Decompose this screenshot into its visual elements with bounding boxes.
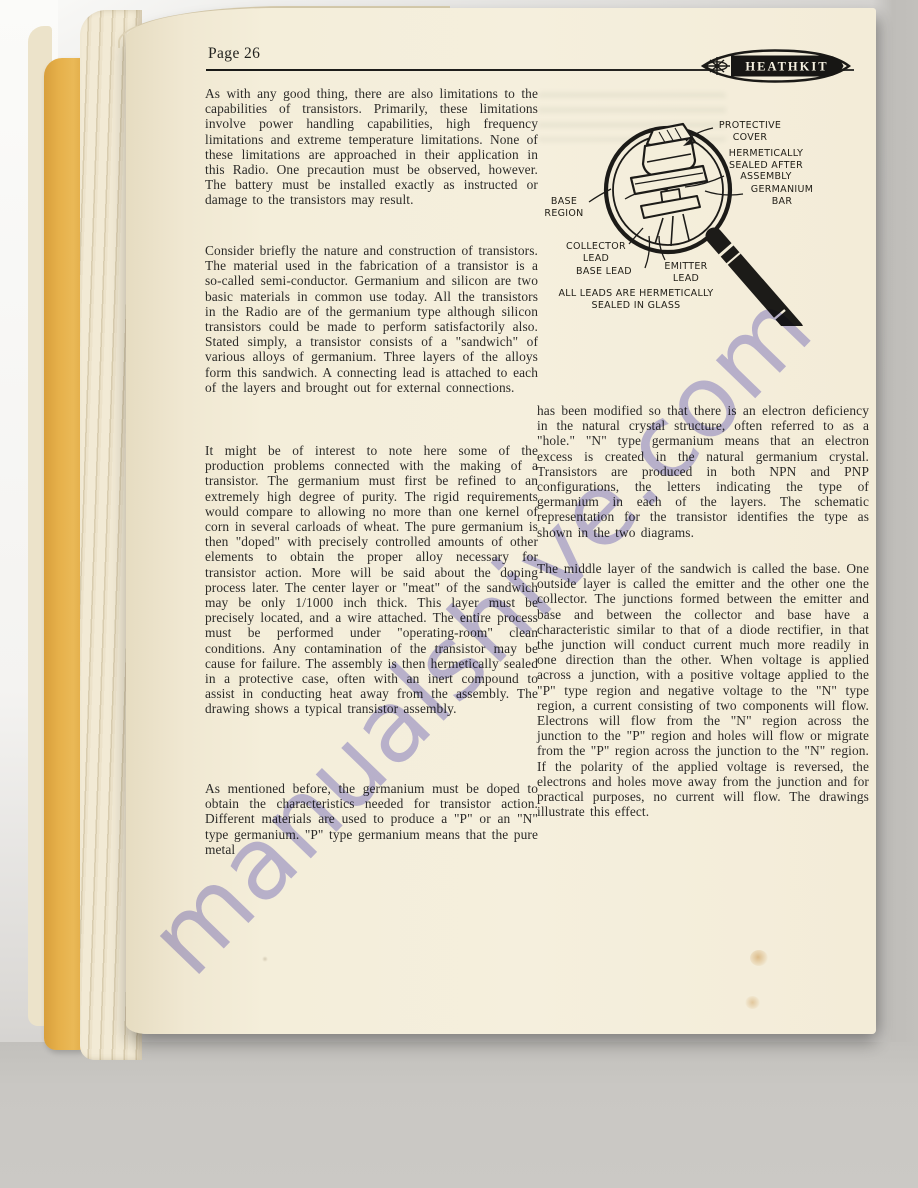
page-stain — [262, 956, 268, 962]
label-germanium-bar: GERMANIUM BAR — [744, 184, 820, 207]
label-protective-cover: PROTECTIVE COVER — [712, 120, 788, 143]
paragraph-germanium-types: has been modified so that there is an el… — [537, 403, 869, 540]
paragraph-doping: As mentioned before, the germanium must … — [205, 781, 538, 857]
logo-text: HEATHKIT — [745, 60, 828, 74]
page-stain — [750, 950, 768, 966]
label-emitter-lead: EMITTER LEAD — [657, 261, 715, 284]
page-number: Page 26 — [208, 45, 260, 63]
scanner-background-right — [872, 0, 918, 1188]
label-collector-lead: COLLECTOR LEAD — [562, 241, 630, 264]
label-all-leads-sealed: ALL LEADS ARE HERMETICALLY SEALED IN GLA… — [538, 288, 734, 311]
scanned-manual-page: Page 26 HEATHKIT As with any good thing,… — [0, 0, 918, 1188]
paragraph-construction: Consider briefly the nature and construc… — [205, 243, 538, 395]
paragraph-junctions: The middle layer of the sandwich is call… — [537, 561, 869, 819]
label-base-region: BASE REGION — [538, 196, 590, 219]
scanner-background-bottom — [0, 1042, 918, 1188]
paragraph-limitations: As with any good thing, there are also l… — [205, 86, 538, 208]
page-stain — [745, 996, 760, 1009]
paragraph-production: It might be of interest to note here som… — [205, 443, 538, 717]
label-base-lead: BASE LEAD — [576, 266, 632, 278]
heathkit-logo: HEATHKIT — [700, 49, 852, 83]
label-hermetically-sealed: HERMETICALLY SEALED AFTER ASSEMBLY — [716, 148, 816, 183]
